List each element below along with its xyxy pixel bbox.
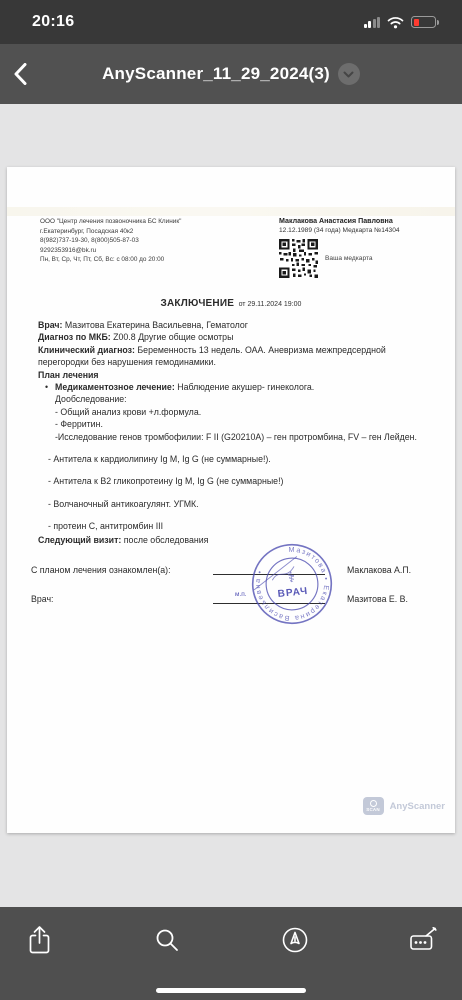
conclusion-datetime: от 29.11.2024 19:00 bbox=[239, 301, 302, 308]
plan-item: Медикаментозное лечение: Наблюдение акуш… bbox=[38, 381, 435, 393]
qr-label: Ваша медкарта bbox=[325, 255, 373, 262]
back-chevron-icon bbox=[14, 63, 27, 85]
svg-text:ВРАЧ: ВРАЧ bbox=[277, 586, 308, 600]
signature-block: С планом лечения ознакомлен(а): Маклаков… bbox=[31, 561, 435, 619]
wifi-icon bbox=[387, 16, 404, 29]
share-button[interactable] bbox=[24, 925, 54, 955]
scanned-page: ООО "Центр лечения позвоночника БС Клини… bbox=[7, 167, 455, 833]
patient-signature-row: С планом лечения ознакомлен(а): Маклаков… bbox=[31, 561, 435, 575]
fill-sign-button[interactable] bbox=[408, 925, 438, 955]
cellular-signal-icon bbox=[364, 17, 381, 28]
back-button[interactable] bbox=[14, 57, 48, 91]
plan-sub-line: -Исследование генов тромбофилии: F II (G… bbox=[38, 431, 435, 443]
status-bar: 20:16 bbox=[0, 0, 462, 44]
scan-badge-icon: SCAN bbox=[363, 797, 384, 815]
markup-button[interactable] bbox=[280, 925, 310, 955]
plan-sub-line: - Ферритин. bbox=[38, 418, 435, 430]
patient-info: Маклакова Анастасия Павловна 12.12.1989 … bbox=[279, 217, 441, 278]
document-title: AnyScanner_11_29_2024(3) bbox=[102, 64, 330, 84]
clinic-name: ООО "Центр лечения позвоночника БС Клини… bbox=[40, 217, 220, 227]
stamp-place-label: м.п. bbox=[235, 591, 247, 598]
home-indicator[interactable] bbox=[156, 988, 306, 993]
anyscanner-watermark: SCAN AnyScanner bbox=[363, 797, 445, 815]
doctor-stamp: Мазитова • Екатерина Васильевна • ⚕ ВРАЧ bbox=[241, 533, 342, 634]
plan-test-line: - Антитела к В2 гликопротеину Ig M, Ig G… bbox=[38, 475, 435, 487]
doctor-field: Врач: Мазитова Екатерина Васильевна, Гем… bbox=[38, 319, 435, 331]
clinic-info: ООО "Центр лечения позвоночника БС Клини… bbox=[40, 217, 220, 278]
patient-details: 12.12.1989 (34 года) Медкарта №14304 bbox=[279, 227, 441, 234]
plan-sub-line: Дообследование: bbox=[38, 393, 435, 405]
scan-viewer[interactable]: ООО "Центр лечения позвоночника БС Клини… bbox=[0, 104, 462, 907]
caduceus-icon: ⚕ bbox=[287, 570, 296, 587]
scan-artifact bbox=[7, 207, 455, 216]
doctor-signature-row: Врач: Мазитова Е. В. bbox=[31, 590, 435, 604]
status-icons bbox=[364, 16, 437, 29]
phone-screen: 20:16 AnyScanner_11_29_2024(3) bbox=[0, 0, 462, 1000]
plan-test-line: - Антитела к кардиолипину Ig M, Ig G (не… bbox=[38, 453, 435, 465]
clinic-address: г.Екатеринбург, Посадская 40к2 bbox=[40, 227, 220, 237]
conclusion-title-row: ЗАКЛЮЧЕНИЕ от 29.11.2024 19:00 bbox=[7, 293, 455, 311]
document-body: Врач: Мазитова Екатерина Васильевна, Гем… bbox=[38, 319, 435, 546]
clinic-hours: Пн, Вт, Ср, Чт, Пт, Сб, Вс: с 08:00 до 2… bbox=[40, 255, 220, 265]
markup-pen-icon bbox=[281, 926, 309, 954]
clinic-phones: 8(982)737-19-30, 8(800)505-87-03 bbox=[40, 236, 220, 246]
next-visit-field: Следующий визит: после обследования bbox=[38, 534, 435, 546]
plan-test-line: - Волчаночный антикоагулянт. УГМК. bbox=[38, 498, 435, 510]
nav-bar: AnyScanner_11_29_2024(3) bbox=[0, 44, 462, 104]
share-icon bbox=[27, 925, 52, 955]
bottom-toolbar bbox=[0, 907, 462, 1000]
document-header: ООО "Центр лечения позвоночника БС Клини… bbox=[40, 217, 441, 278]
icd-field: Диагноз по МКБ: Z00.8 Другие общие осмот… bbox=[38, 331, 435, 343]
conclusion-title: ЗАКЛЮЧЕНИЕ bbox=[161, 298, 235, 309]
battery-icon bbox=[411, 16, 436, 28]
status-time: 20:16 bbox=[32, 13, 74, 31]
search-button[interactable] bbox=[152, 925, 182, 955]
qr-code bbox=[279, 239, 318, 278]
chevron-down-icon bbox=[343, 71, 354, 78]
signature-card-icon bbox=[409, 927, 437, 953]
plan-heading: План лечения bbox=[38, 369, 435, 381]
search-icon bbox=[154, 927, 180, 953]
clinical-diagnosis-field: Клинический диагноз: Беременность 13 нед… bbox=[38, 344, 435, 369]
plan-test-line: - протеин С, антитромбин III bbox=[38, 520, 435, 532]
clinic-email: 9292353916@bk.ru bbox=[40, 246, 220, 256]
title-dropdown-button[interactable] bbox=[338, 63, 360, 85]
patient-name: Маклакова Анастасия Павловна bbox=[279, 217, 441, 225]
plan-sub-line: - Общий анализ крови +л.формула. bbox=[38, 406, 435, 418]
